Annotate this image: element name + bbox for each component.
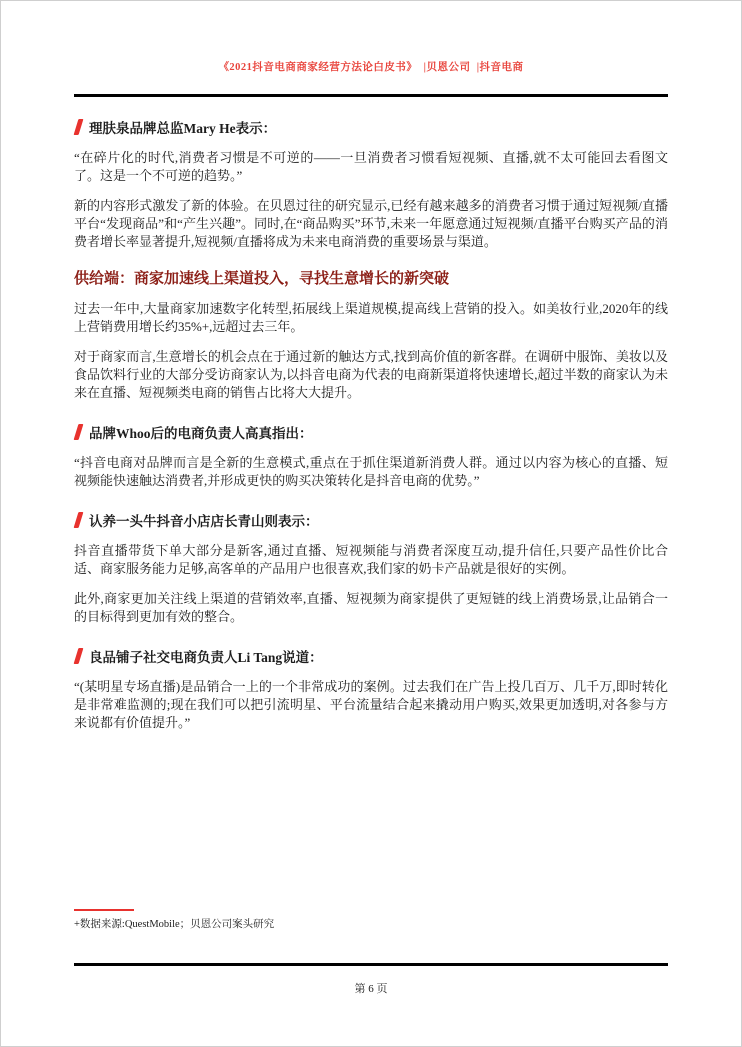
red-slash-marker-icon [74, 648, 84, 664]
red-slash-marker-icon [74, 424, 84, 440]
footer-divider-rule [74, 963, 668, 966]
footnote-source: +数据来源:QuestMobile；贝恩公司案头研究 [74, 916, 668, 931]
body-paragraph: 过去一年中,大量商家加速数字化转型,拓展线上渠道规模,提高线上营销的投入。如美妆… [74, 300, 668, 336]
document-page: 《2021抖音电商商家经营方法论白皮书》 |贝恩公司 |抖音电商 理肤泉品牌总监… [0, 0, 742, 1047]
quote-attribution: 品牌Whoo后的电商负责人高真指出： [74, 422, 668, 442]
attribution-text: 认养一头牛抖音小店店长青山则表示： [89, 510, 319, 530]
quote-paragraph: “在碎片化的时代,消费者习惯是不可逆的——一旦消费者习惯看短视频、直播,就不太可… [74, 149, 668, 185]
red-slash-marker-icon [74, 512, 84, 528]
quote-attribution: 良品铺子社交电商负责人Li Tang说道： [74, 646, 668, 666]
document-body: 理肤泉品牌总监Mary He表示： “在碎片化的时代,消费者习惯是不可逆的——一… [74, 97, 668, 732]
document-header-title: 《2021抖音电商商家经营方法论白皮书》 |贝恩公司 |抖音电商 [74, 59, 668, 74]
page-number: 第 6 页 [74, 980, 668, 996]
quote-attribution: 理肤泉品牌总监Mary He表示： [74, 117, 668, 137]
section-heading: 供给端：商家加速线上渠道投入，寻找生意增长的新突破 [74, 267, 668, 288]
red-slash-marker-icon [74, 119, 84, 135]
body-paragraph: 此外,商家更加关注线上渠道的营销效率,直播、短视频为商家提供了更短链的线上消费场… [74, 590, 668, 626]
quote-attribution: 认养一头牛抖音小店店长青山则表示： [74, 510, 668, 530]
attribution-text: 理肤泉品牌总监Mary He表示： [89, 117, 276, 137]
page-bottom-area: +数据来源:QuestMobile；贝恩公司案头研究 第 6 页 [74, 909, 668, 996]
footnote-divider-rule [74, 909, 134, 911]
quote-paragraph: “抖音电商对品牌而言是全新的生意模式,重点在于抓住渠道新消费人群。通过以内容为核… [74, 454, 668, 490]
body-paragraph: 抖音直播带货下单大部分是新客,通过直播、短视频能与消费者深度互动,提升信任,只要… [74, 542, 668, 578]
attribution-text: 良品铺子社交电商负责人Li Tang说道： [89, 646, 323, 666]
quote-paragraph: “(某明星专场直播)是品销合一上的一个非常成功的案例。过去我们在广告上投几百万、… [74, 678, 668, 732]
attribution-text: 品牌Whoo后的电商负责人高真指出： [89, 422, 313, 442]
body-paragraph: 新的内容形式激发了新的体验。在贝恩过往的研究显示,已经有越来越多的消费者习惯于通… [74, 197, 668, 251]
body-paragraph: 对于商家而言,生意增长的机会点在于通过新的触达方式,找到高价值的新客群。在调研中… [74, 348, 668, 402]
